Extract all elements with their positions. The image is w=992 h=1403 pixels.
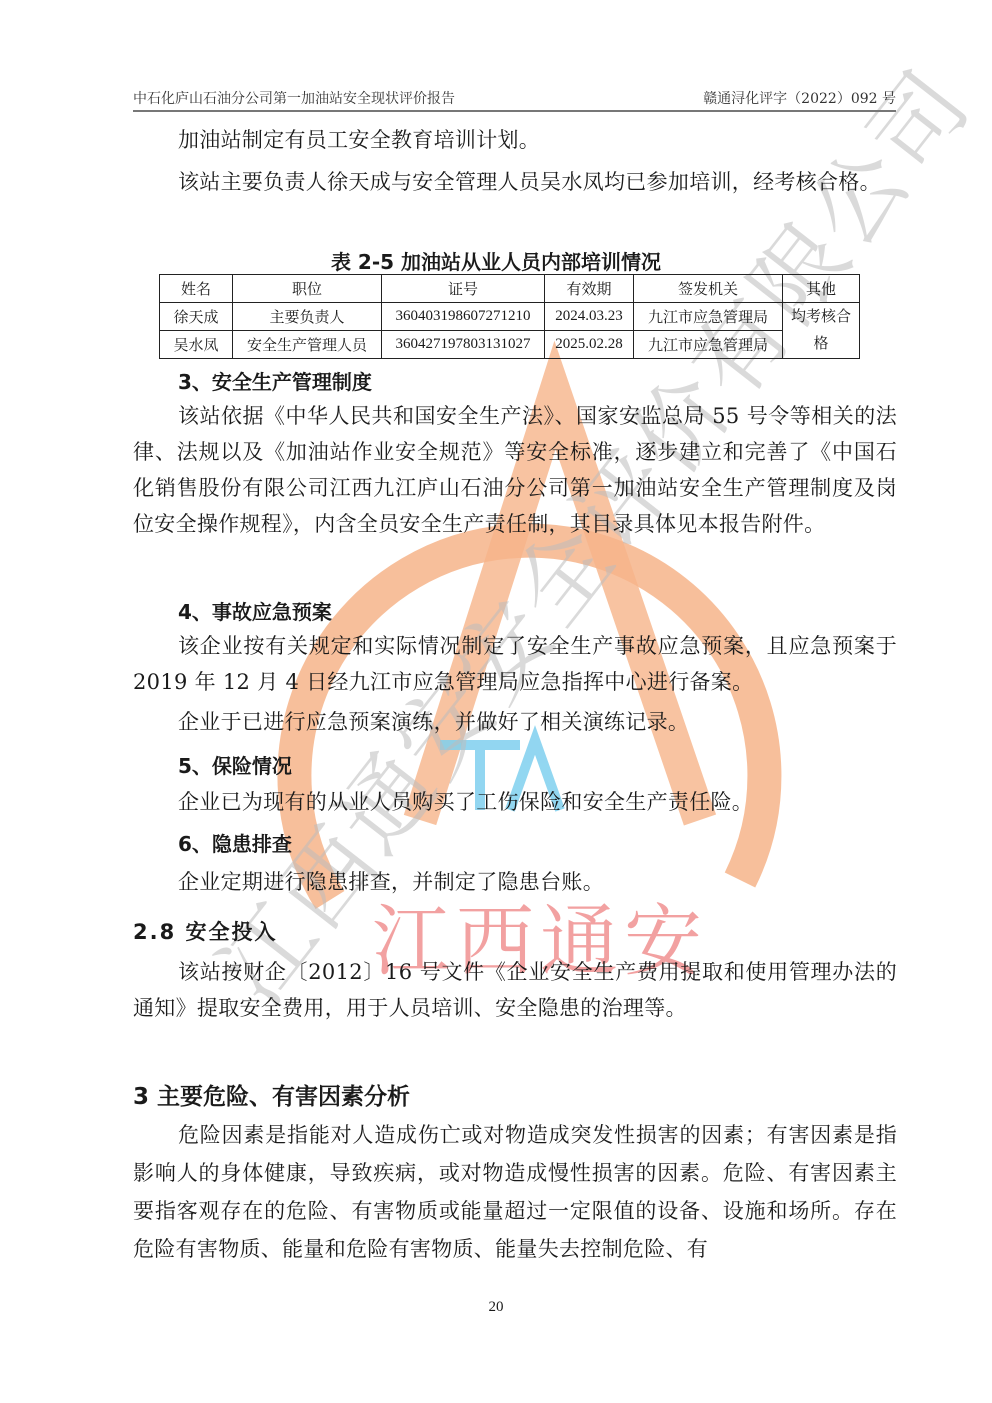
cell-validity: 2024.03.23 [545, 303, 634, 331]
section-heading-safety-investment: 2.8 安全投入 [133, 916, 278, 946]
cell-position: 安全生产管理人员 [233, 331, 382, 359]
header-divider [133, 110, 896, 112]
running-header: 中石化庐山石油分公司第一加油站安全现状评价报告 赣通浔化评字（2022）092 … [133, 86, 896, 108]
section-heading-safety-management: 3、安全生产管理制度 [178, 366, 372, 395]
section-heading-insurance: 5、保险情况 [178, 750, 292, 779]
column-header-certificate-number: 证号 [382, 275, 545, 303]
paragraph-insurance: 企业已为现有的从业人员购买了工伤保险和安全生产责任险。 [133, 784, 897, 820]
cell-name: 徐天成 [160, 303, 233, 331]
cell-position: 主要负责人 [233, 303, 382, 331]
header-document-number: 赣通浔化评字（2022）092 号 [703, 88, 896, 108]
paragraph-safety-investment: 该站按财企〔2012〕16 号文件《企业安全生产费用提取和使用管理办法的通知》提… [133, 954, 897, 1026]
document-page: 江西通安安全评价有限公司 江西通安 中石化庐山石油分公司第一加油站安全现状评价报… [0, 0, 992, 1403]
cell-name: 吴水凤 [160, 331, 233, 359]
paragraph-hazard-inspection: 企业定期进行隐患排查，并制定了隐患台账。 [133, 864, 897, 900]
column-header-validity: 有效期 [545, 275, 634, 303]
section-heading-hazard-inspection: 6、隐患排查 [178, 828, 292, 857]
header-report-title: 中石化庐山石油分公司第一加油站安全现状评价报告 [133, 88, 455, 108]
table-header-row: 姓名 职位 证号 有效期 签发机关 其他 [160, 275, 860, 303]
paragraph-emergency-plan: 该企业按有关规定和实际情况制定了安全生产事故应急预案，且应急预案于 2019 年… [133, 628, 897, 700]
table-caption: 表 2-5 加油站从业人员内部培训情况 [0, 246, 992, 275]
cell-validity: 2025.02.28 [545, 331, 634, 359]
column-header-position: 职位 [233, 275, 382, 303]
cell-certificate-number: 360403198607271210 [382, 303, 545, 331]
training-table: 姓名 职位 证号 有效期 签发机关 其他 徐天成 主要负责人 360403198… [159, 274, 860, 359]
paragraph-hazard-analysis: 危险因素是指能对人造成伤亡或对物造成突发性损害的因素；有害因素是指影响人的身体健… [133, 1116, 897, 1268]
table-row: 徐天成 主要负责人 360403198607271210 2024.03.23 … [160, 303, 860, 331]
cell-issuer: 九江市应急管理局 [634, 331, 783, 359]
paragraph-training-plan: 加油站制定有员工安全教育培训计划。 [133, 122, 897, 158]
chapter-heading-hazard-analysis: 3 主要危险、有害因素分析 [133, 1078, 410, 1111]
section-heading-emergency-plan: 4、事故应急预案 [178, 596, 332, 625]
cell-other-merged: 均考核合格 [783, 303, 860, 359]
column-header-issuer: 签发机关 [634, 275, 783, 303]
column-header-name: 姓名 [160, 275, 233, 303]
paragraph-safety-management: 该站依据《中华人民共和国安全生产法》、国家安监总局 55 号令等相关的法律、法规… [133, 398, 897, 542]
cell-certificate-number: 360427197803131027 [382, 331, 545, 359]
paragraph-training-status: 该站主要负责人徐天成与安全管理人员吴水凤均已参加培训，经考核合格。 [133, 164, 897, 200]
table-row: 吴水凤 安全生产管理人员 360427197803131027 2025.02.… [160, 331, 860, 359]
column-header-other: 其他 [783, 275, 860, 303]
cell-issuer: 九江市应急管理局 [634, 303, 783, 331]
page-number: 20 [0, 1299, 992, 1316]
paragraph-emergency-drill: 企业于已进行应急预案演练，并做好了相关演练记录。 [133, 704, 897, 740]
